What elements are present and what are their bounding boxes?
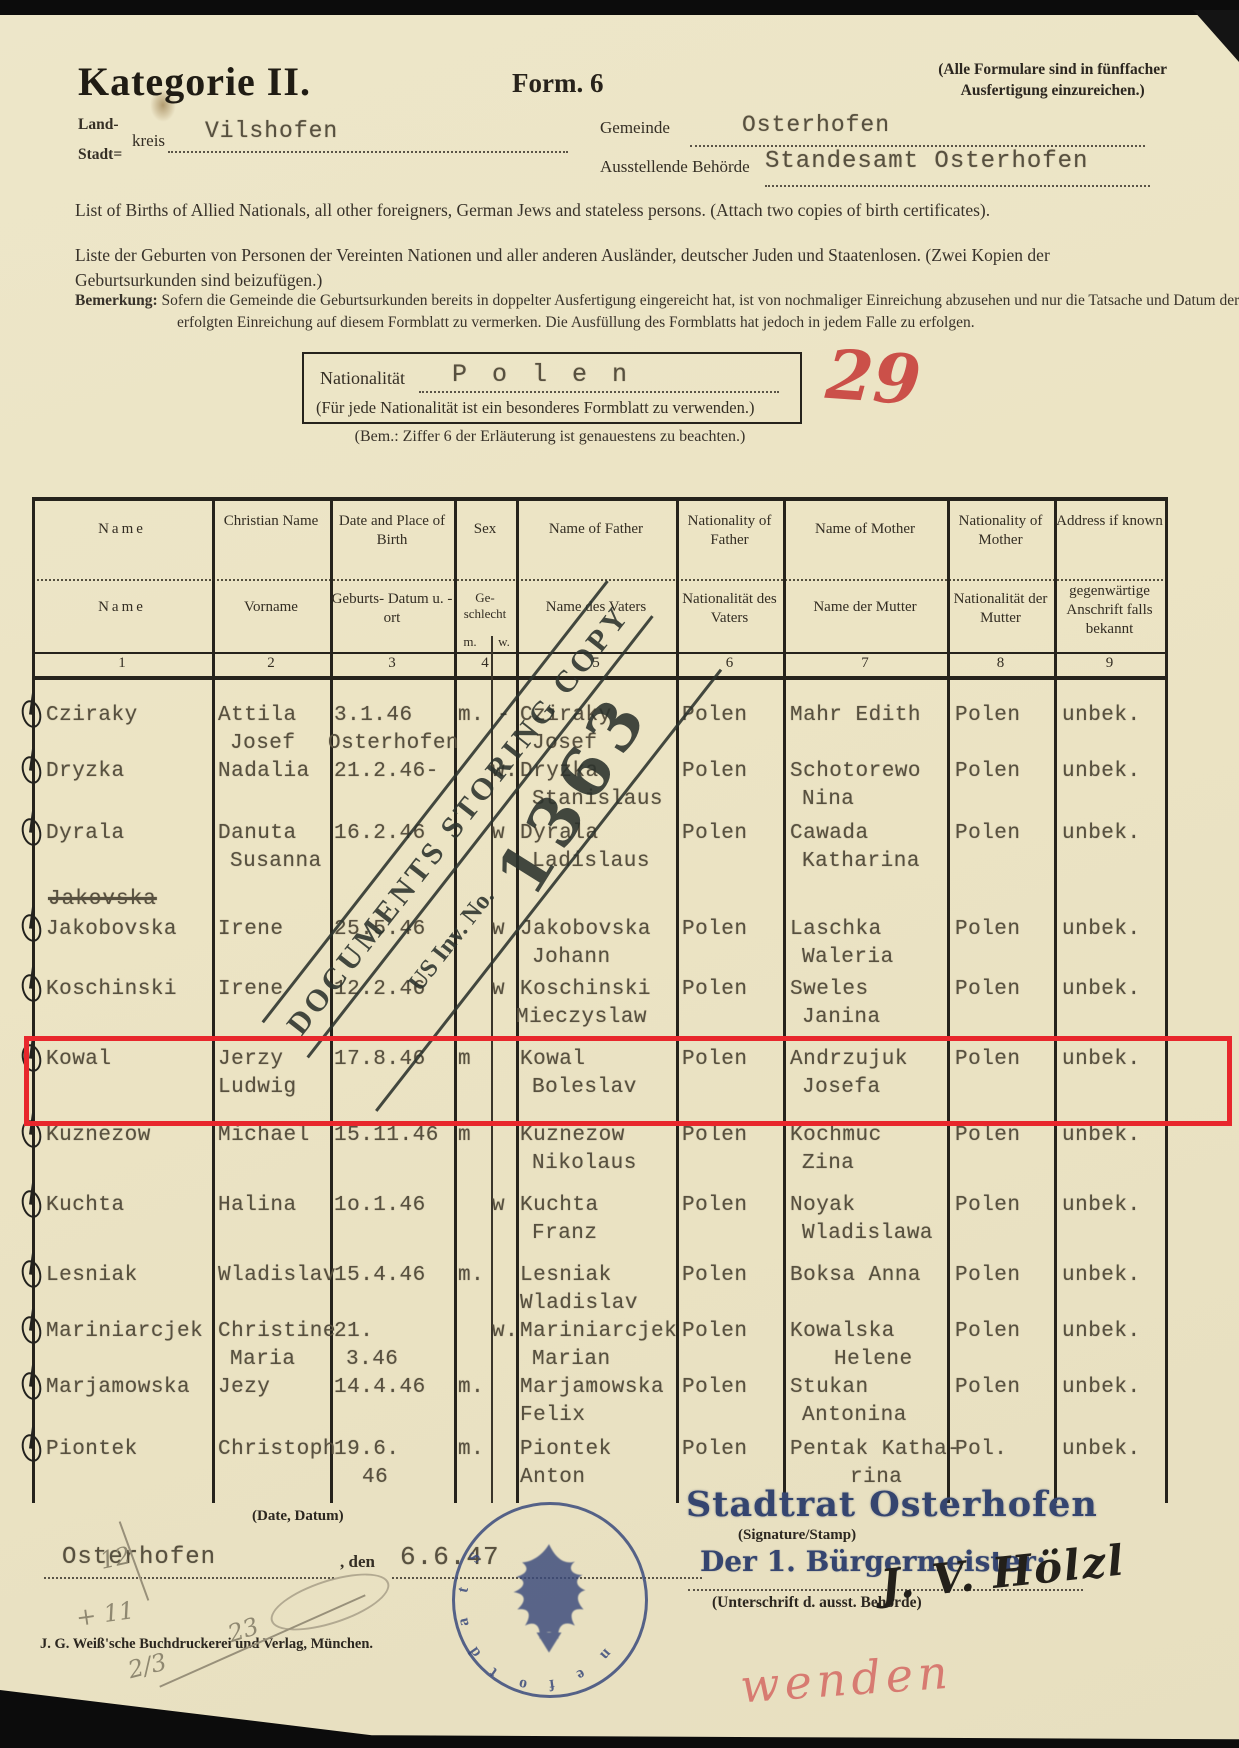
handwritten-page-number: 29	[823, 335, 923, 421]
address-cell: unbek.	[1062, 1318, 1141, 1346]
col-header-de-mutter: Name der Mutter	[783, 598, 947, 617]
place-line	[44, 1576, 334, 1579]
father-cell: Marian	[520, 1346, 677, 1374]
col-header-de-anschrift: gegenwärtige Anschrift falls bekannt	[1054, 582, 1165, 638]
mother-cell: Pentak Katha-	[790, 1436, 960, 1464]
mother-cell: Mahr Edith	[790, 702, 921, 730]
birth-cell: 46	[334, 1464, 400, 1492]
stadt-label: Stadt=	[78, 146, 122, 164]
christian-cell: Maria	[218, 1346, 336, 1374]
col-header-en-mother-nat: Nationality of Mother	[947, 512, 1054, 550]
mother-nat-cell: Polen	[955, 1122, 1021, 1150]
table-top-border	[32, 497, 1167, 501]
seal-letter: a	[454, 1616, 473, 1628]
name-cell: Kuchta	[46, 1192, 125, 1220]
bemerkung-label: Bemerkung:	[75, 292, 158, 309]
land-label: Land-	[78, 116, 119, 134]
birth-cell: 21.2.46-	[334, 758, 439, 786]
sex-cell: m.	[458, 1436, 484, 1464]
crossed-out-name: Jakovska	[48, 888, 157, 911]
mother-cell: Kochmuc	[790, 1122, 882, 1150]
father-cell: Anton	[520, 1464, 612, 1492]
mother-cell: Nina	[790, 786, 921, 814]
mother-cell: Kowalska	[790, 1318, 913, 1346]
gemeinde-label: Gemeinde	[600, 118, 670, 138]
col-number: 8	[947, 655, 1054, 672]
row-check-mark	[19, 972, 44, 1004]
birth-cell: 1o.1.46	[334, 1192, 426, 1220]
pencil-note: + 11	[74, 1596, 136, 1632]
table-row: Kuchta Halina 1o.1.46 w KuchtaFranz Pole…	[0, 1192, 1239, 1252]
col-header-de-geburt: Geburts- Datum u. -ort	[330, 590, 454, 628]
place-value: Osterhofen	[62, 1544, 216, 1571]
pencil-note: 2/3	[125, 1648, 169, 1685]
scan-edge-bottom	[0, 1690, 1239, 1748]
col-number: 3	[330, 655, 454, 672]
col-header-de-geschlecht: Ge- schlecht	[454, 590, 516, 623]
mother-cell: Boksa Anna	[790, 1262, 921, 1290]
row-check-mark	[19, 1258, 44, 1290]
row-check-mark	[19, 1188, 44, 1220]
seal-letter: t	[486, 1663, 501, 1681]
nationality-line	[419, 390, 779, 393]
mother-cell: Sweles	[790, 976, 881, 1004]
gemeinde-value: Osterhofen	[742, 112, 890, 138]
intro-german: Liste der Geburten von Personen der Vere…	[75, 243, 1170, 294]
mother-nat-cell: Polen	[955, 758, 1021, 786]
mother-nat-cell: Polen	[955, 1192, 1021, 1220]
row-check-mark	[19, 1432, 44, 1464]
christian-cell: Irene	[218, 976, 284, 1004]
father-cell: Mariniarcjek	[520, 1318, 677, 1346]
row-check-mark	[19, 1370, 44, 1402]
signature-stamp-label: (Signature/Stamp)	[738, 1527, 856, 1544]
name-cell: Dryzka	[46, 758, 125, 786]
row-check-mark	[19, 754, 44, 786]
christian-cell: Josef	[218, 730, 297, 758]
mother-nat-cell: Polen	[955, 702, 1021, 730]
father-cell: Lesniak	[520, 1262, 638, 1290]
row-check-mark	[19, 698, 44, 730]
father-nat-cell: Polen	[682, 1262, 748, 1290]
mother-cell: Zina	[790, 1150, 882, 1178]
seal-letter: d	[466, 1643, 486, 1661]
seal-letter: o	[517, 1674, 529, 1693]
birth-cell: 15.4.46	[334, 1262, 426, 1290]
christian-cell: Jezy	[218, 1374, 270, 1402]
nationality-box: Nationalität P o l e n (Für jede Nationa…	[302, 352, 802, 424]
christian-cell: Nadalia	[218, 758, 310, 786]
sex-w-label: w.	[492, 634, 516, 650]
father-nat-cell: Polen	[682, 758, 748, 786]
col-header-en-address: Address if known	[1054, 512, 1165, 531]
table-row: Marjamowska Jezy 14.4.46 m. MarjamowskaF…	[0, 1374, 1239, 1434]
christian-cell: Halina	[218, 1192, 297, 1220]
sex-cell: w	[492, 1192, 505, 1220]
date-label: (Date, Datum)	[252, 1508, 344, 1525]
father-cell: Nikolaus	[520, 1150, 637, 1178]
birth-cell: 15.11.46	[334, 1122, 439, 1150]
name-cell: Koschinski	[46, 976, 177, 1004]
osterhofen-round-seal: S t a d t o f e n	[452, 1502, 648, 1698]
father-cell: Johann	[520, 944, 651, 972]
mother-nat-cell: Polen	[955, 1318, 1021, 1346]
mother-cell: Schotorewo	[790, 758, 921, 786]
mother-cell: Janina	[790, 1004, 881, 1032]
father-nat-cell: Polen	[682, 1318, 748, 1346]
birth-cell: 14.4.46	[334, 1374, 426, 1402]
col-number: 1	[32, 655, 212, 672]
table-row: Jakobovska Irene 25.5.46 w JakobovskaJoh…	[0, 916, 1239, 976]
birth-cell: Osterhofen	[328, 730, 459, 758]
sex-cell: m	[458, 1122, 471, 1150]
christian-cell: Attila	[218, 702, 297, 730]
bem-ziffer-note: (Bem.: Ziffer 6 der Erläuterung ist gena…	[290, 428, 810, 446]
mother-nat-cell: Polen	[955, 1374, 1021, 1402]
mother-nat-cell: Polen	[955, 1262, 1021, 1290]
birth-cell: 19.6.	[334, 1436, 400, 1464]
address-cell: unbek.	[1062, 1436, 1141, 1464]
father-nat-cell: Polen	[682, 1122, 748, 1150]
christian-cell: Christine	[218, 1318, 336, 1346]
col-header-de-vorname: Vorname	[212, 598, 330, 617]
sex-cell: m.	[458, 1374, 484, 1402]
mother-nat-cell: Polen	[955, 916, 1021, 944]
name-cell: Dyrala	[46, 820, 125, 848]
table-row: Mariniarcjek ChristineMaria 21.3.46 w. M…	[0, 1318, 1239, 1378]
address-cell: unbek.	[1062, 1262, 1141, 1290]
address-cell: unbek.	[1062, 820, 1141, 848]
nationality-value: P o l e n	[452, 360, 632, 389]
mother-cell: Antonina	[790, 1402, 907, 1430]
kreis-value: Vilshofen	[205, 118, 338, 144]
highlight-box-kowal-row	[24, 1036, 1232, 1126]
sex-cell: w.	[492, 1318, 518, 1346]
eagle-emblem-icon	[501, 1533, 597, 1659]
birth-cell: 3.46	[334, 1346, 398, 1374]
kreis-label: kreis	[132, 131, 165, 151]
behoerde-label: Ausstellende Behörde	[600, 157, 750, 177]
address-cell: unbek.	[1062, 1374, 1141, 1402]
birth-cell: 3.1.46	[334, 702, 459, 730]
handwritten-red-note: wenden	[738, 1645, 954, 1714]
address-cell: unbek.	[1062, 1122, 1141, 1150]
christian-cell: Christoph	[218, 1436, 336, 1464]
seal-letter: S	[466, 1549, 486, 1567]
mother-cell: Helene	[790, 1346, 913, 1374]
col-header-en-father: Name of Father	[516, 520, 676, 539]
birth-cell: 21.	[334, 1318, 398, 1346]
father-nat-cell: Polen	[682, 1192, 748, 1220]
sex-cell: m.	[458, 1262, 484, 1290]
mother-nat-cell: Pol.	[955, 1436, 1007, 1464]
table-row: Kuznezow Michael 15.11.46 m KuznezowNiko…	[0, 1122, 1239, 1182]
address-cell: unbek.	[1062, 976, 1141, 1004]
mother-cell: Waleria	[790, 944, 894, 972]
address-cell: unbek.	[1062, 758, 1141, 786]
col-number: 4	[454, 655, 516, 672]
name-cell: Lesniak	[46, 1262, 138, 1290]
christian-cell: Irene	[218, 916, 284, 944]
mother-cell: Stukan	[790, 1374, 907, 1402]
seal-letter: n	[596, 1645, 615, 1664]
bemerkung: Bemerkung: Sofern die Gemeinde die Gebur…	[75, 290, 1239, 333]
intro-english: List of Births of Allied Nationals, all …	[75, 198, 1170, 223]
col-header-en-name: Name	[32, 520, 212, 539]
table-row: Dyrala DanutaSusanna 16.2.46 w DyralaLad…	[0, 820, 1239, 880]
seal-letter: f	[548, 1675, 556, 1694]
col-header-en-father-nat: Nationality of Father	[676, 512, 783, 550]
mother-nat-cell: Polen	[955, 820, 1021, 848]
father-cell: Franz	[520, 1220, 599, 1248]
mother-cell: Cawada	[790, 820, 920, 848]
seal-letter: e	[573, 1664, 588, 1683]
father-nat-cell: Polen	[682, 1436, 748, 1464]
father-cell: Wladislav	[520, 1290, 638, 1318]
col-header-en-christian: Christian Name	[212, 512, 330, 531]
father-nat-cell: Polen	[682, 916, 748, 944]
father-cell: Felix	[520, 1402, 664, 1430]
category-title: Kategorie II.	[78, 58, 311, 105]
name-cell: Mariniarcjek	[46, 1318, 203, 1346]
nationality-note: (Für jede Nationalität ist ein besondere…	[316, 398, 755, 418]
copies-note-line2: Ausfertigung einzureichen.)	[961, 82, 1145, 99]
scan-corner-notch	[1193, 10, 1239, 62]
father-nat-cell: Polen	[682, 820, 748, 848]
behoerde-value: Standesamt Osterhofen	[765, 148, 1088, 175]
christian-cell: Michael	[218, 1122, 310, 1150]
table-row: Koschinski Irene 12.2.46 w KoschinskiMie…	[0, 976, 1239, 1036]
row-check-mark	[19, 1314, 44, 1346]
father-cell: Kuznezow	[520, 1122, 637, 1150]
nationality-label: Nationalität	[320, 368, 405, 389]
father-cell: Marjamowska	[520, 1374, 664, 1402]
copies-note-line1: (Alle Formulare sind in fünffacher	[938, 61, 1167, 78]
gemeinde-line	[690, 144, 1145, 147]
col-header-en-sex: Sex	[454, 520, 516, 539]
col-header-de-name: Name	[32, 598, 212, 617]
col-header-de-vater-nat: Nationalität des Vaters	[676, 590, 783, 628]
father-cell: Koschinski	[520, 976, 651, 1004]
den-label: , den	[340, 1552, 375, 1572]
mother-cell: Wladislawa	[790, 1220, 933, 1248]
mother-cell: Laschka	[790, 916, 894, 944]
printer-imprint: J. G. Weiß'sche Buchdruckerei und Verlag…	[40, 1636, 373, 1653]
father-cell: Kuchta	[520, 1192, 599, 1220]
christian-cell: Susanna	[218, 848, 322, 876]
row-check-mark	[19, 912, 44, 944]
header-divider-dotted	[32, 578, 1167, 581]
sex-m-label: m.	[458, 634, 482, 650]
name-cell: Marjamowska	[46, 1374, 190, 1402]
col-number: 9	[1054, 655, 1165, 672]
seal-letter: t	[454, 1586, 473, 1595]
scanned-form-page: Kategorie II. Form. 6 (Alle Formulare si…	[0, 0, 1239, 1748]
copies-note: (Alle Formulare sind in fünffacher Ausfe…	[938, 60, 1167, 102]
col-header-en-mother: Name of Mother	[783, 520, 947, 539]
table-row: Lesniak Wladislav 15.4.46 m. LesniakWlad…	[0, 1262, 1239, 1322]
christian-cell: Wladislav	[218, 1262, 336, 1290]
col-number: 7	[783, 655, 947, 672]
kreis-line	[168, 150, 568, 153]
christian-cell: Danuta	[218, 820, 322, 848]
father-nat-cell: Polen	[682, 976, 748, 1004]
name-cell: Piontek	[46, 1436, 138, 1464]
stadtrat-stamp: Stadtrat Osterhofen	[686, 1484, 1098, 1525]
mother-nat-cell: Polen	[955, 976, 1021, 1004]
col-header-en-birth: Date and Place of Birth	[330, 512, 454, 550]
mother-cell: Noyak	[790, 1192, 933, 1220]
father-nat-cell: Polen	[682, 1374, 748, 1402]
col-header-de-mutter-nat: Nationalität der Mutter	[947, 590, 1054, 628]
father-cell: Piontek	[520, 1436, 612, 1464]
father-cell: Mieczyslaw	[516, 1004, 651, 1032]
name-cell: Kuznezow	[46, 1122, 151, 1150]
mother-cell: Katharina	[790, 848, 920, 876]
address-cell: unbek.	[1062, 1192, 1141, 1220]
row-check-mark	[19, 816, 44, 848]
bemerkung-text: Sofern die Gemeinde die Geburtsurkunden …	[162, 292, 1239, 331]
scan-edge-top	[0, 0, 1239, 15]
name-cell: Jakobovska	[46, 916, 177, 944]
name-cell: Cziraky	[46, 702, 138, 730]
address-cell: unbek.	[1062, 916, 1141, 944]
address-cell: unbek.	[1062, 702, 1141, 730]
form-number: Form. 6	[512, 68, 603, 99]
col-number: 2	[212, 655, 330, 672]
behoerde-line	[765, 184, 1150, 187]
